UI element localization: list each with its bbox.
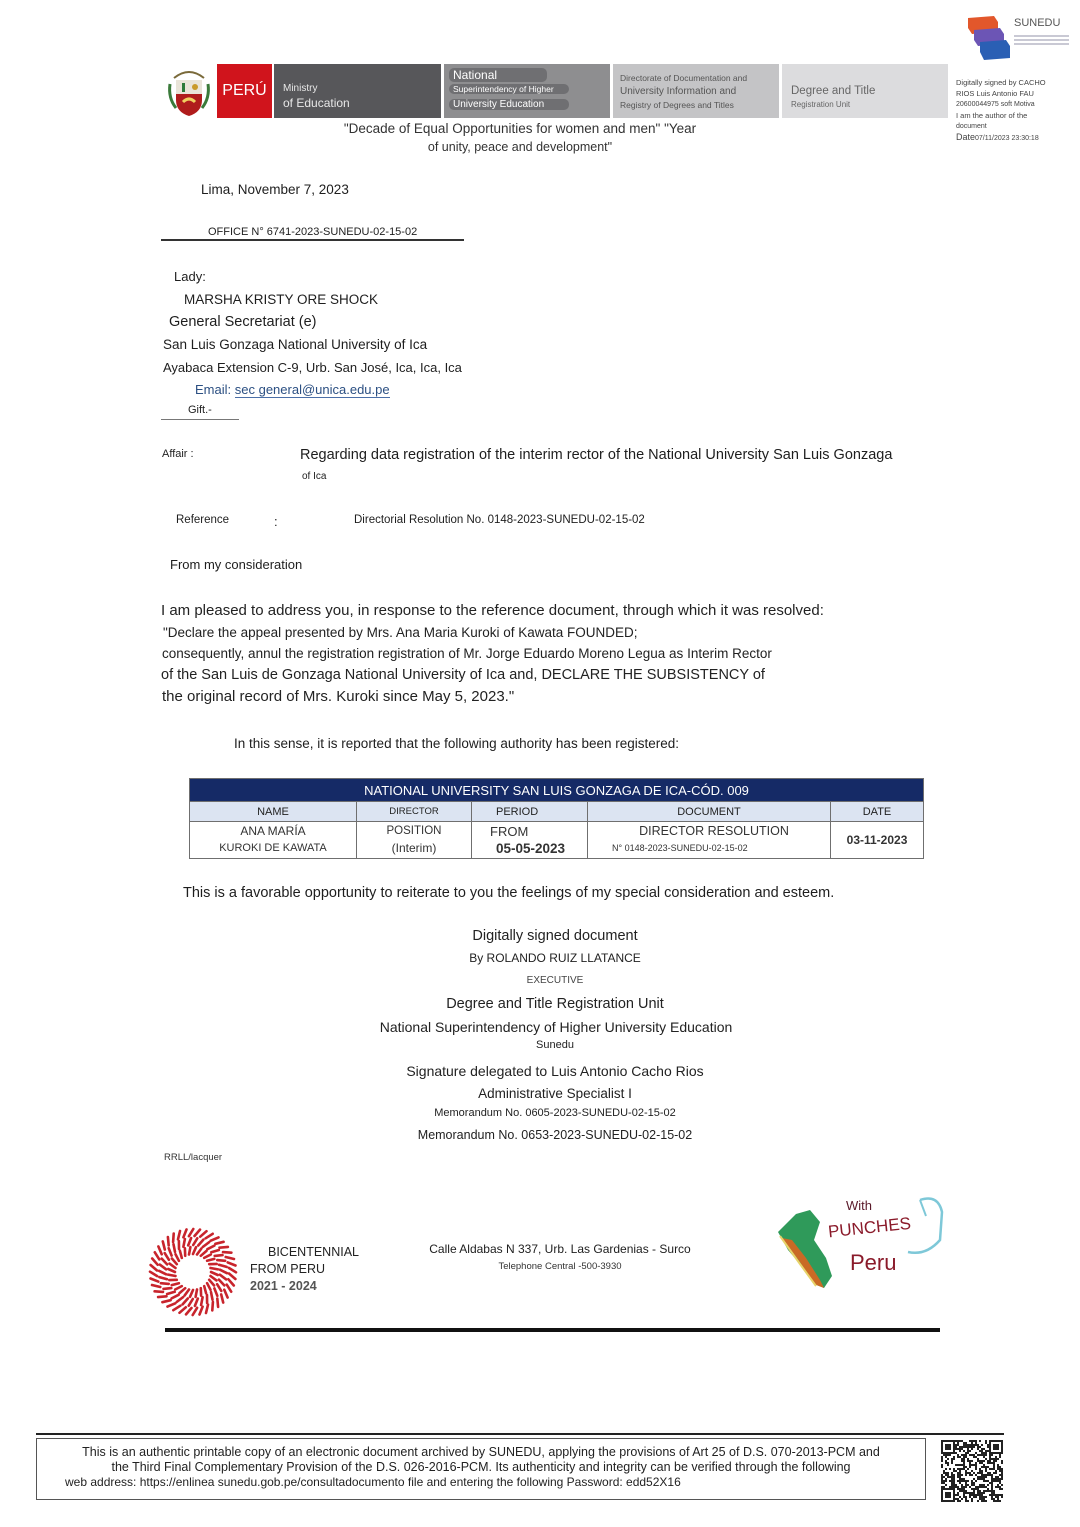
motto-line2: of unity, peace and development" <box>320 140 720 154</box>
body-line: "Declare the appeal presented by Mrs. An… <box>163 622 961 644</box>
sunedu-line2: Superintendency of Higher <box>449 84 569 94</box>
column-header: NAME <box>190 802 357 822</box>
reference-label: Reference <box>176 514 229 526</box>
unit-line1: Degree and Title <box>791 85 875 97</box>
signature-line1: Digitally signed document <box>340 928 770 944</box>
email-link[interactable]: sec general@unica.edu.pe <box>235 382 390 398</box>
divider <box>161 419 239 420</box>
sunedu-logo-subtitle <box>1014 33 1069 47</box>
stamp-date-value: 07/11/2023 23:30:18 <box>975 135 1039 142</box>
bicentennial-years: 2021 - 2024 <box>250 1278 359 1295</box>
registered-intro: In this sense, it is reported that the f… <box>234 736 679 751</box>
memorandum-2: Memorandum No. 0653-2023-SUNEDU-02-15-02 <box>340 1128 770 1142</box>
affair-line1: Regarding data registration of the inter… <box>300 447 892 463</box>
period-line1: FROM <box>490 823 587 840</box>
ministry-line2: of Education <box>283 96 350 110</box>
bicentennial-logo-icon <box>147 1226 239 1318</box>
registration-unit-block: Degree and Title Registration Unit <box>782 64 948 118</box>
document-cell: DIRECTOR RESOLUTION N° 0148-2023-SUNEDU-… <box>588 822 831 859</box>
body-line: I am pleased to address you, in response… <box>161 600 961 622</box>
bicentennial-line2: FROM PERU <box>250 1261 359 1278</box>
reference-value: Directorial Resolution No. 0148-2023-SUN… <box>354 514 645 526</box>
office-telephone: Telephone Central -500-3930 <box>400 1261 720 1272</box>
peru-brand-block: PERÚ <box>217 64 272 118</box>
position-line1: POSITION <box>357 823 471 840</box>
directorate-block: Directorate of Documentation and Univers… <box>613 64 779 118</box>
with-punches-peru-logo: With PUNCHES Peru <box>770 1192 948 1297</box>
qr-code-icon[interactable] <box>941 1440 1003 1502</box>
closing-text: This is a favorable opportunity to reite… <box>183 885 834 901</box>
name-line1: ANA MARÍA <box>190 823 356 840</box>
punches-peru: Peru <box>850 1250 896 1276</box>
name-line2: KUROKI DE KAWATA <box>190 840 356 857</box>
initials: RRLL/lacquer <box>164 1152 222 1163</box>
authenticity-line3: web address: https://enlinea sunedu.gob.… <box>37 1475 925 1490</box>
document-line1: DIRECTOR RESOLUTION <box>588 823 830 840</box>
office-number: OFFICE N° 6741-2023-SUNEDU-02-15-02 <box>161 226 464 241</box>
place-date: Lima, November 7, 2023 <box>201 182 349 197</box>
directorate-line1: Directorate of Documentation and <box>620 73 747 83</box>
email-label: Email: <box>195 382 231 397</box>
recipient-address: Ayabaca Extension C-9, Urb. San José, Ic… <box>163 360 462 375</box>
column-header: DIRECTOR <box>357 802 472 822</box>
sunedu-block: National Superintendency of Higher Unive… <box>444 64 610 118</box>
ministry-line1: Ministry <box>283 83 317 94</box>
signature-specialist: Administrative Specialist I <box>340 1086 770 1101</box>
affair-line2: of Ica <box>302 471 326 482</box>
column-header: PERIOD <box>472 802 588 822</box>
salutation: Lady: <box>174 269 206 284</box>
stamp-line3: 20600044975 soft Motiva <box>956 99 1076 110</box>
signature-unit: Degree and Title Registration Unit <box>340 996 770 1012</box>
table-row: ANA MARÍA KUROKI DE KAWATA POSITION (Int… <box>190 822 924 859</box>
recipient-name: MARSHA KRISTY ORE SHOCK <box>184 292 378 307</box>
greeting: From my consideration <box>170 557 302 572</box>
table-header-row: NAME DIRECTOR PERIOD DOCUMENT DATE <box>190 802 924 822</box>
date-cell: 03-11-2023 <box>831 822 924 859</box>
signature-role: EXECUTIVE <box>340 975 770 986</box>
period-line2: 05-05-2023 <box>490 840 587 857</box>
peru-coat-of-arms-icon <box>166 66 212 118</box>
affair-label: Affair : <box>162 448 194 460</box>
stamp-line2: RIOS Luis Antonio FAU <box>956 88 1076 99</box>
stamp-date-label: Date <box>956 132 975 142</box>
body-line: the original record of Mrs. Kuroki since… <box>162 686 961 708</box>
signature-delegated: Signature delegated to Luis Antonio Cach… <box>340 1063 770 1079</box>
motto-line1: "Decade of Equal Opportunities for women… <box>320 121 720 136</box>
punches-with: With <box>846 1198 872 1213</box>
recipient-title: General Secretariat (e) <box>169 314 316 330</box>
footer-divider <box>165 1328 940 1332</box>
memorandum-1: Memorandum No. 0605-2023-SUNEDU-02-15-02 <box>340 1107 770 1119</box>
sunedu-blocks-icon <box>962 12 1012 64</box>
unit-line2: Registration Unit <box>791 100 850 109</box>
name-cell: ANA MARÍA KUROKI DE KAWATA <box>190 822 357 859</box>
body-paragraph: I am pleased to address you, in response… <box>161 600 961 708</box>
stamp-line4: I am the author of the <box>956 110 1076 121</box>
peru-label: PERÚ <box>222 82 266 100</box>
recipient-institution: San Luis Gonzaga National University of … <box>163 337 427 352</box>
position-cell: POSITION (Interim) <box>357 822 472 859</box>
sunedu-line1: National <box>449 68 547 82</box>
recipient-email: Email: sec general@unica.edu.pe <box>195 382 390 397</box>
directorate-line2: University Information and <box>620 86 736 97</box>
body-line: of the San Luis de Gonzaga National Univ… <box>161 665 961 687</box>
authenticity-line2: the Third Final Complementary Provision … <box>37 1460 925 1475</box>
directorate-line3: Registry of Degrees and Titles <box>620 100 734 110</box>
signature-sunedu: Sunedu <box>340 1039 770 1051</box>
sunedu-line3: University Education <box>449 99 569 110</box>
digital-signature-stamp: Digitally signed by CACHO RIOS Luis Anto… <box>956 77 1076 144</box>
stamp-line1: Digitally signed by CACHO <box>956 77 1076 88</box>
bicentennial-text: BICENTENNIAL FROM PERU 2021 - 2024 <box>250 1244 359 1295</box>
document-line2: N° 0148-2023-SUNEDU-02-15-02 <box>588 840 830 857</box>
authenticity-notice: This is an authentic printable copy of a… <box>36 1438 926 1500</box>
table-title: NATIONAL UNIVERSITY SAN LUIS GONZAGA DE … <box>190 779 924 802</box>
gift-text: Gift.- <box>188 404 212 416</box>
column-header: DOCUMENT <box>588 802 831 822</box>
sunedu-logo-word: SUNEDU <box>1014 17 1060 29</box>
authority-table: NATIONAL UNIVERSITY SAN LUIS GONZAGA DE … <box>189 778 924 859</box>
authenticity-line1: This is an authentic printable copy of a… <box>37 1445 925 1460</box>
sunedu-logo: SUNEDU <box>962 12 1072 67</box>
bicentennial-line1: BICENTENNIAL <box>250 1244 359 1261</box>
signature-signer: By ROLANDO RUIZ LLATANCE <box>340 951 770 965</box>
period-cell: FROM 05-05-2023 <box>472 822 588 859</box>
divider <box>36 1433 1004 1435</box>
stamp-line5: document <box>956 121 1076 132</box>
reference-colon: : <box>274 514 278 529</box>
column-header: DATE <box>831 802 924 822</box>
position-line2: (Interim) <box>357 840 471 857</box>
signature-institution: National Superintendency of Higher Unive… <box>306 1019 806 1035</box>
ministry-block: Ministry of Education <box>274 64 441 118</box>
body-line: consequently, annul the registration reg… <box>162 643 961 665</box>
office-address: Calle Aldabas N 337, Urb. Las Gardenias … <box>400 1242 720 1256</box>
